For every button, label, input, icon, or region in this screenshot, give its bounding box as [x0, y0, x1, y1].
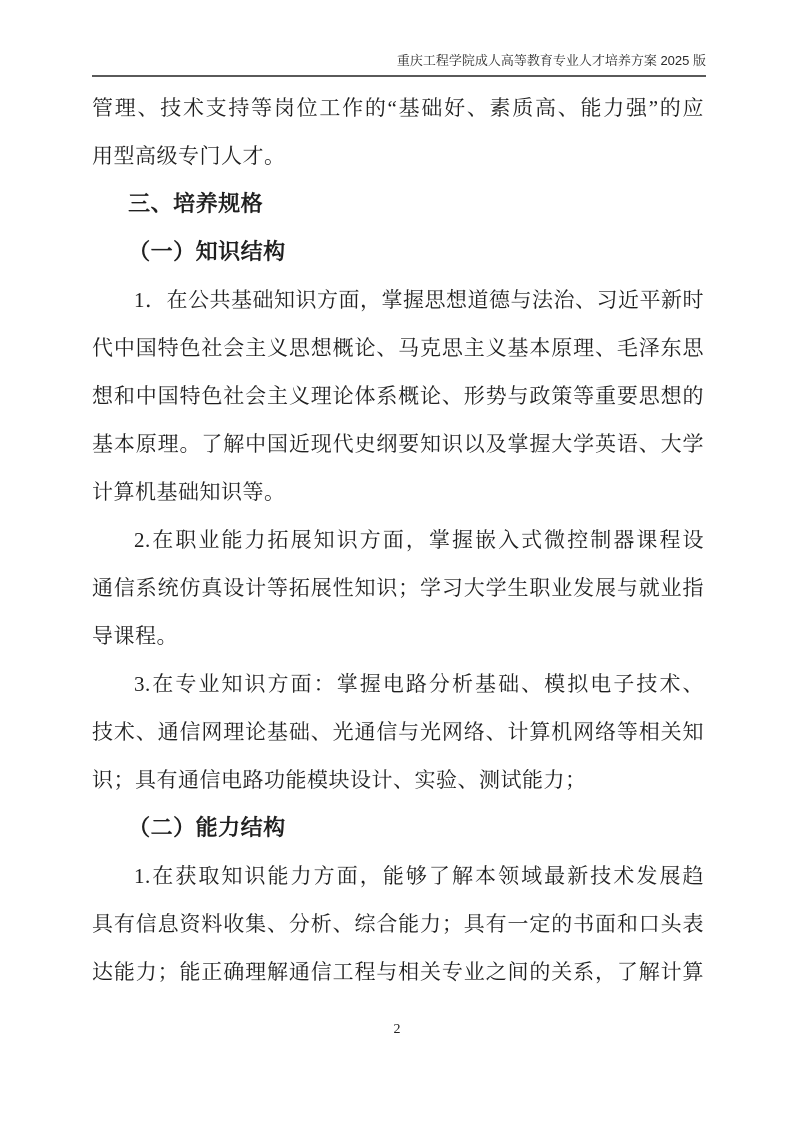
text-line: 导课程。	[92, 612, 704, 660]
text-line: 技术、通信网理论基础、光通信与光网络、计算机网络等相关知	[92, 708, 704, 756]
knowledge-item-1: 1．在公共基础知识方面，掌握思想道德与法治、习近平新时代中国特色社会主义思想概论…	[92, 276, 704, 516]
page-footer: 2	[0, 1022, 794, 1038]
text-line: 3.在专业知识方面：掌握电路分析基础、模拟电子技术、FPGA	[92, 660, 704, 708]
text-line: 通信系统仿真设计等拓展性知识；学习大学生职业发展与就业指	[92, 564, 704, 612]
section-heading-training-specs: 三、培养规格	[92, 180, 704, 228]
knowledge-item-3: 3.在专业知识方面：掌握电路分析基础、模拟电子技术、FPGA技术、通信网理论基础…	[92, 660, 704, 804]
text-line: （二）能力结构	[92, 804, 704, 852]
intro-continuation-paragraph: 管理、技术支持等岗位工作的“基础好、素质高、能力强”的应用型高级专门人才。	[92, 84, 704, 180]
text-line: 三、培养规格	[92, 180, 704, 228]
document-page: 重庆工程学院成人高等教育专业人才培养方案 2025 版 管理、技术支持等岗位工作…	[0, 0, 794, 1122]
text-line: 2.在职业能力拓展知识方面，掌握嵌入式微控制器课程设计、	[92, 516, 704, 564]
knowledge-item-2: 2.在职业能力拓展知识方面，掌握嵌入式微控制器课程设计、通信系统仿真设计等拓展性…	[92, 516, 704, 660]
text-line: 达能力；能正确理解通信工程与相关专业之间的关系，了解计算	[92, 948, 704, 996]
text-line: 代中国特色社会主义思想概论、马克思主义基本原理、毛泽东思	[92, 324, 704, 372]
subsection-heading-knowledge-structure: （一）知识结构	[92, 228, 704, 276]
document-body: 管理、技术支持等岗位工作的“基础好、素质高、能力强”的应用型高级专门人才。三、培…	[92, 84, 704, 996]
text-line: 计算机基础知识等。	[92, 468, 704, 516]
text-line: 识；具有通信电路功能模块设计、实验、测试能力；	[92, 756, 704, 804]
header-title: 重庆工程学院成人高等教育专业人才培养方案 2025 版	[397, 53, 706, 68]
text-line: 具有信息资料收集、分析、综合能力；具有一定的书面和口头表	[92, 900, 704, 948]
text-line: 基本原理。了解中国近现代史纲要知识以及掌握大学英语、大学	[92, 420, 704, 468]
text-line: 用型高级专门人才。	[92, 132, 704, 180]
text-line: 1.在获取知识能力方面，能够了解本领域最新技术发展趋势，	[92, 852, 704, 900]
subsection-heading-ability-structure: （二）能力结构	[92, 804, 704, 852]
text-line: 想和中国特色社会主义理论体系概论、形势与政策等重要思想的	[92, 372, 704, 420]
page-header: 重庆工程学院成人高等教育专业人才培养方案 2025 版	[92, 52, 706, 77]
ability-item-1: 1.在获取知识能力方面，能够了解本领域最新技术发展趋势，具有信息资料收集、分析、…	[92, 852, 704, 996]
page-number: 2	[394, 1022, 401, 1037]
text-line: 1．在公共基础知识方面，掌握思想道德与法治、习近平新时	[92, 276, 704, 324]
text-line: 管理、技术支持等岗位工作的“基础好、素质高、能力强”的应	[92, 84, 704, 132]
text-line: （一）知识结构	[92, 228, 704, 276]
